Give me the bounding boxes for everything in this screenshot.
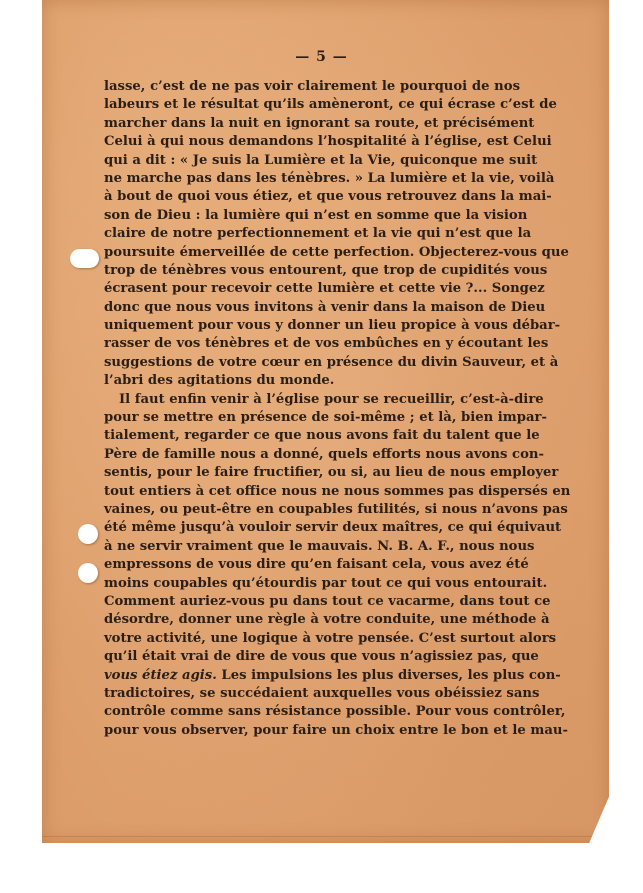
text-line: claire de notre perfectionnement et la v… <box>104 225 520 243</box>
text-line: écrasent pour recevoir cette lumière et … <box>104 280 520 298</box>
text-line: son de Dieu : la lumière qui n’est en so… <box>104 207 520 225</box>
text-line: désordre, donner une règle à votre condu… <box>104 611 520 629</box>
text-line: pour vous observer, pour faire un choix … <box>104 722 520 740</box>
text-line: uniquement pour vous y donner un lieu pr… <box>104 317 520 335</box>
text-line: à ne servir vraiment que le mauvais. N. … <box>104 538 520 556</box>
text-line: à bout de quoi vous étiez, et que vous r… <box>104 188 520 206</box>
text-line: été même jusqu’à vouloir servir deux maî… <box>104 519 520 537</box>
text-line: trop de ténèbres vous entourent, que tro… <box>104 262 520 280</box>
text-line: Père de famille nous a donné, quels effo… <box>104 446 520 464</box>
text-line: donc que nous vous invitons à venir dans… <box>104 299 520 317</box>
text-line: tout entiers à cet office nous ne nous s… <box>104 483 520 501</box>
italic-emphasis: vous étiez agis. <box>104 668 217 683</box>
text-line: Comment auriez-vous pu dans tout ce vaca… <box>104 593 520 611</box>
text-line: Celui à qui nous demandons l’hospitalité… <box>104 133 520 151</box>
text-line: pour se mettre en présence de soi-même ;… <box>104 409 520 427</box>
text-line: poursuite émerveillée de cette perfectio… <box>104 244 520 262</box>
text-line: tialement, regarder ce que nous avons fa… <box>104 427 520 445</box>
text-line: moins coupables qu’étourdis par tout ce … <box>104 575 520 593</box>
text-line: vaines, ou peut-être en coupables futili… <box>104 501 520 519</box>
paragraph-1: lasse, c’est de ne pas voir clairement l… <box>104 78 520 391</box>
text-line: labeurs et le résultat qu’ils amèneront,… <box>104 96 520 114</box>
body-text: lasse, c’est de ne pas voir clairement l… <box>104 78 520 740</box>
text-line: vous étiez agis. Les impulsions les plus… <box>104 667 520 685</box>
text-line: qu’il était vrai de dire de vous que vou… <box>104 648 520 666</box>
text-line: l’abri des agitations du monde. <box>104 372 520 390</box>
text-line: rasser de vos ténèbres et de vos embûche… <box>104 335 520 353</box>
text-line: qui a dit : « Je suis la Lumière et la V… <box>104 152 520 170</box>
text-line: suggestions de votre cœur en présence du… <box>104 354 520 372</box>
text-line: lasse, c’est de ne pas voir clairement l… <box>104 78 520 96</box>
text-line: empressons de vous dire qu’en faisant ce… <box>104 556 520 574</box>
text-line: marcher dans la nuit en ignorant sa rout… <box>104 115 520 133</box>
paragraph-2: Il faut enfin venir à l’église pour se r… <box>104 391 520 740</box>
punch-hole <box>70 249 99 268</box>
text-line: contrôle comme sans résistance possible.… <box>104 703 520 721</box>
page-number: — 5 — <box>0 49 643 65</box>
punch-hole <box>78 563 98 583</box>
text-line: Il faut enfin venir à l’église pour se r… <box>104 391 520 409</box>
text-line: tradictoires, se succédaient auxquelles … <box>104 685 520 703</box>
text-line: sentis, pour le faire fructifier, ou si,… <box>104 464 520 482</box>
text-line: votre activité, une logique à votre pens… <box>104 630 520 648</box>
punch-hole <box>78 524 98 544</box>
text-line: ne marche pas dans les ténèbres. » La lu… <box>104 170 520 188</box>
